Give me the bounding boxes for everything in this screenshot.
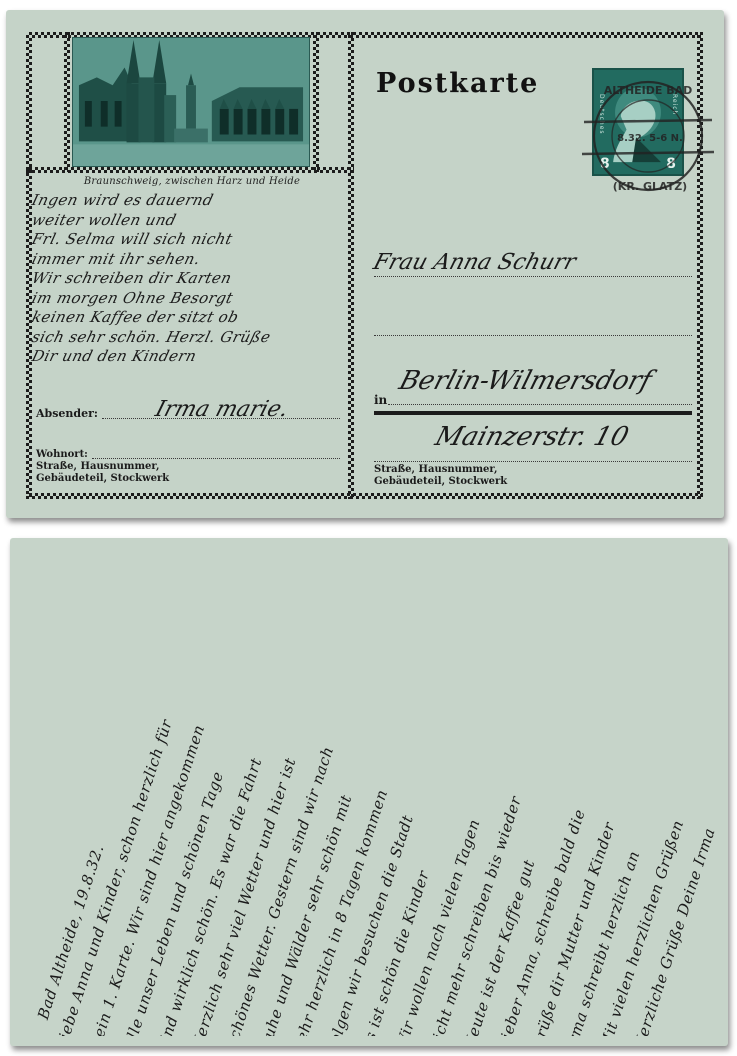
picture-frame-left (64, 32, 70, 172)
message-line: Dir und den Kindern (30, 347, 355, 367)
recipient-name: Frau Anna Schurr (370, 250, 578, 275)
postkarte-title: Postkarte (376, 68, 539, 99)
picture-frame-right (313, 32, 319, 172)
city-dotline (388, 404, 692, 405)
residence-dotline (92, 458, 340, 459)
postmark-bottom-text: (KR. GLATZ) (613, 180, 687, 193)
picture-frame-bottom (26, 167, 354, 173)
message-line: keinen Kaffee der sitzt ob (30, 308, 355, 328)
message-line: im morgen Ohne Besorgt (30, 289, 355, 309)
sender-label: Absender: (36, 408, 98, 420)
recipient-street: Mainzerstr. 10 (432, 422, 632, 452)
postmark-date: 8.32. 5-6 N. (617, 133, 683, 144)
message-line: sich sehr schön. Herzl. Grüße (30, 328, 355, 348)
city-prefix: in (374, 394, 387, 406)
recipient-line2-dotline (374, 335, 692, 336)
postmark-top-text: ALTHEIDE BAD (604, 84, 693, 97)
message-line: Wir schreiben dir Karten (30, 269, 355, 289)
handwritten-letter: Bad Altheide, 19.8.32. Liebe Anna und Ki… (20, 546, 718, 1036)
recipient-street-label-1: Straße, Hausnummer, (374, 464, 497, 476)
residence-label: Wohnort: (36, 449, 88, 461)
braunschweig-picture (72, 37, 310, 167)
message-line: Frl. Selma will sich nicht (30, 230, 355, 250)
postcard-front: Braunschweig, zwischen Harz und Heide In… (6, 10, 724, 518)
recipient-street-label-2: Gebäudeteil, Stockwerk (374, 476, 507, 488)
handwritten-message: Ingen wird es dauernd weiter wollen und … (32, 191, 352, 367)
recipient-city: Berlin-Wilmersdorf (396, 366, 655, 396)
cathedral-square-illustration (73, 38, 309, 166)
border-bottom (26, 493, 703, 499)
postcard-back: Bad Altheide, 19.8.32. Liebe Anna und Ki… (10, 538, 728, 1046)
message-line: weiter wollen und (30, 211, 355, 231)
picture-caption: Braunschweig, zwischen Harz und Heide (32, 176, 352, 187)
street-dotline (374, 461, 692, 462)
recipient-name-dotline (374, 276, 692, 277)
postmark-cancellation: ALTHEIDE BAD 8.32. 5-6 N. (KR. GLATZ) (578, 70, 718, 200)
message-line: Ingen wird es dauernd (30, 191, 355, 211)
sender-street-label-2: Gebäudeteil, Stockwerk (36, 473, 169, 485)
sender-value: Irma marie. (152, 397, 291, 422)
message-line: immer mit ihr sehen. (30, 250, 355, 270)
sender-street-label-1: Straße, Hausnummer, (36, 461, 159, 473)
city-underline (374, 411, 692, 415)
